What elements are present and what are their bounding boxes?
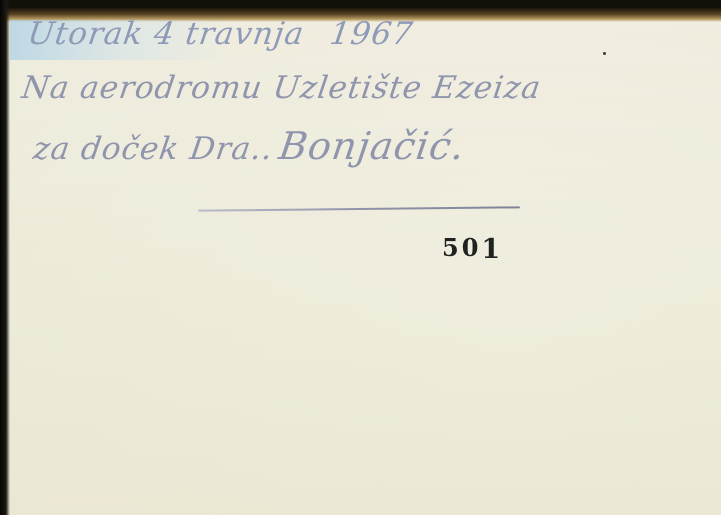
archive-stamp-number: 501 [442, 232, 503, 263]
handwritten-year: 1967 [328, 16, 416, 52]
stamp-last-digit: 1 [481, 234, 503, 265]
handwritten-date-line: Utorak 4 travnja1967 [25, 16, 415, 52]
stamp-digits: 50 [442, 233, 481, 262]
handwritten-location: Na aerodromu Uzletište Ezeiza [19, 70, 543, 106]
handwritten-surname: Bonjačić. [276, 124, 468, 168]
handwritten-location-line: Na aerodromu Uzletište Ezeiza [19, 70, 543, 106]
scanned-photo-back: Utorak 4 travnja1967 Na aerodromu Uzleti… [0, 0, 721, 515]
handwritten-occasion: za doček Dra.. [31, 131, 275, 167]
handwritten-date: Utorak 4 travnja [25, 16, 306, 52]
left-edge-shadow [0, 0, 10, 515]
handwritten-occasion-line: za doček Dra..Bonjačić. [31, 124, 468, 168]
ink-speck [603, 52, 606, 55]
